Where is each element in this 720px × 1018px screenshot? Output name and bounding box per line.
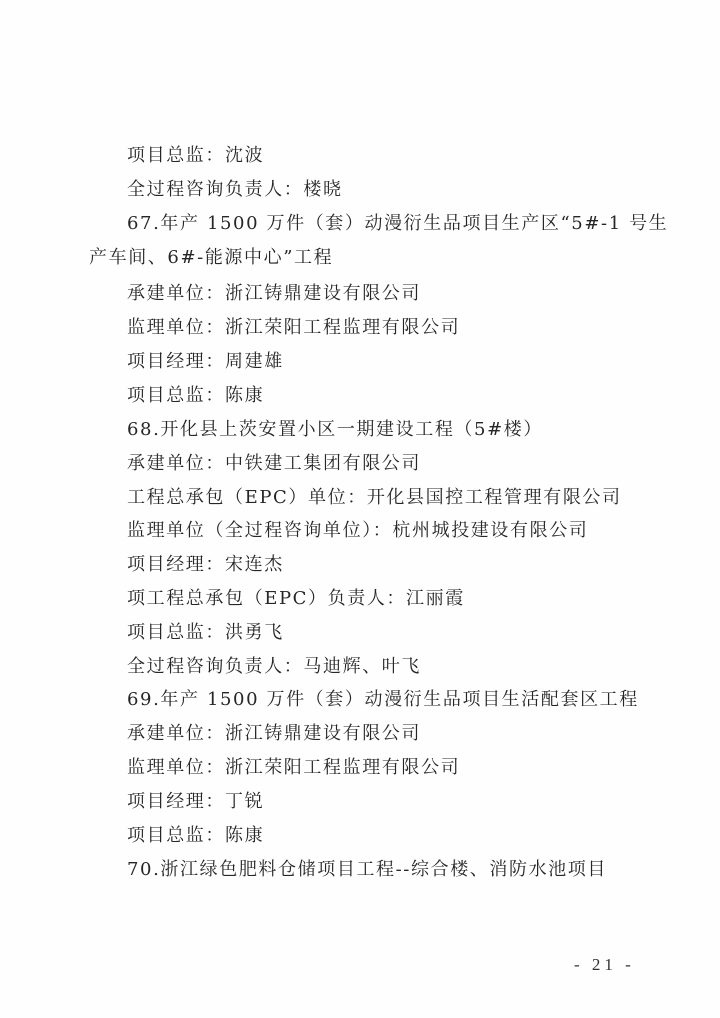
text-line: 工程总承包（EPC）单位：开化县国控工程管理有限公司 [127, 486, 622, 510]
item-heading-67-continued: 产车间、6#-能源中心”工程 [89, 246, 333, 270]
text-line: 项目总监：沈波 [127, 144, 264, 168]
text-line: 项工程总承包（EPC）负责人：江丽霞 [127, 587, 465, 611]
text-line: 监理单位：浙江荣阳工程监理有限公司 [127, 316, 460, 340]
text-line: 项目总监：洪勇飞 [127, 621, 284, 645]
text-line: 承建单位：浙江铸鼎建设有限公司 [127, 282, 421, 306]
text-line: 项目经理：周建雄 [127, 350, 284, 374]
item-heading-70: 70.浙江绿色肥料仓储项目工程--综合楼、消防水池项目 [127, 858, 607, 882]
page-number: - 21 - [574, 954, 635, 976]
item-heading-69: 69.年产 1500 万件（套）动漫衍生品项目生活配套区工程 [127, 688, 639, 712]
document-page: 项目总监：沈波 全过程咨询负责人：楼晓 67.年产 1500 万件（套）动漫衍生… [0, 0, 720, 1018]
text-line: 全过程咨询负责人：楼晓 [127, 178, 343, 202]
text-line: 承建单位：浙江铸鼎建设有限公司 [127, 722, 421, 746]
text-line: 项目总监：陈康 [127, 384, 264, 408]
text-line: 监理单位（全过程咨询单位）：杭州城投建设有限公司 [127, 519, 588, 543]
item-heading-67: 67.年产 1500 万件（套）动漫衍生品项目生产区“5#-1 号生 [127, 212, 668, 236]
item-heading-68: 68.开化县上茨安置小区一期建设工程（5#楼） [127, 418, 543, 442]
text-line: 项目总监：陈康 [127, 824, 264, 848]
text-line: 全过程咨询负责人：马迪辉、叶飞 [127, 655, 421, 679]
text-line: 监理单位：浙江荣阳工程监理有限公司 [127, 756, 460, 780]
text-line: 项目经理：丁锐 [127, 790, 264, 814]
text-line: 项目经理：宋连杰 [127, 553, 284, 577]
text-line: 承建单位：中铁建工集团有限公司 [127, 452, 421, 476]
